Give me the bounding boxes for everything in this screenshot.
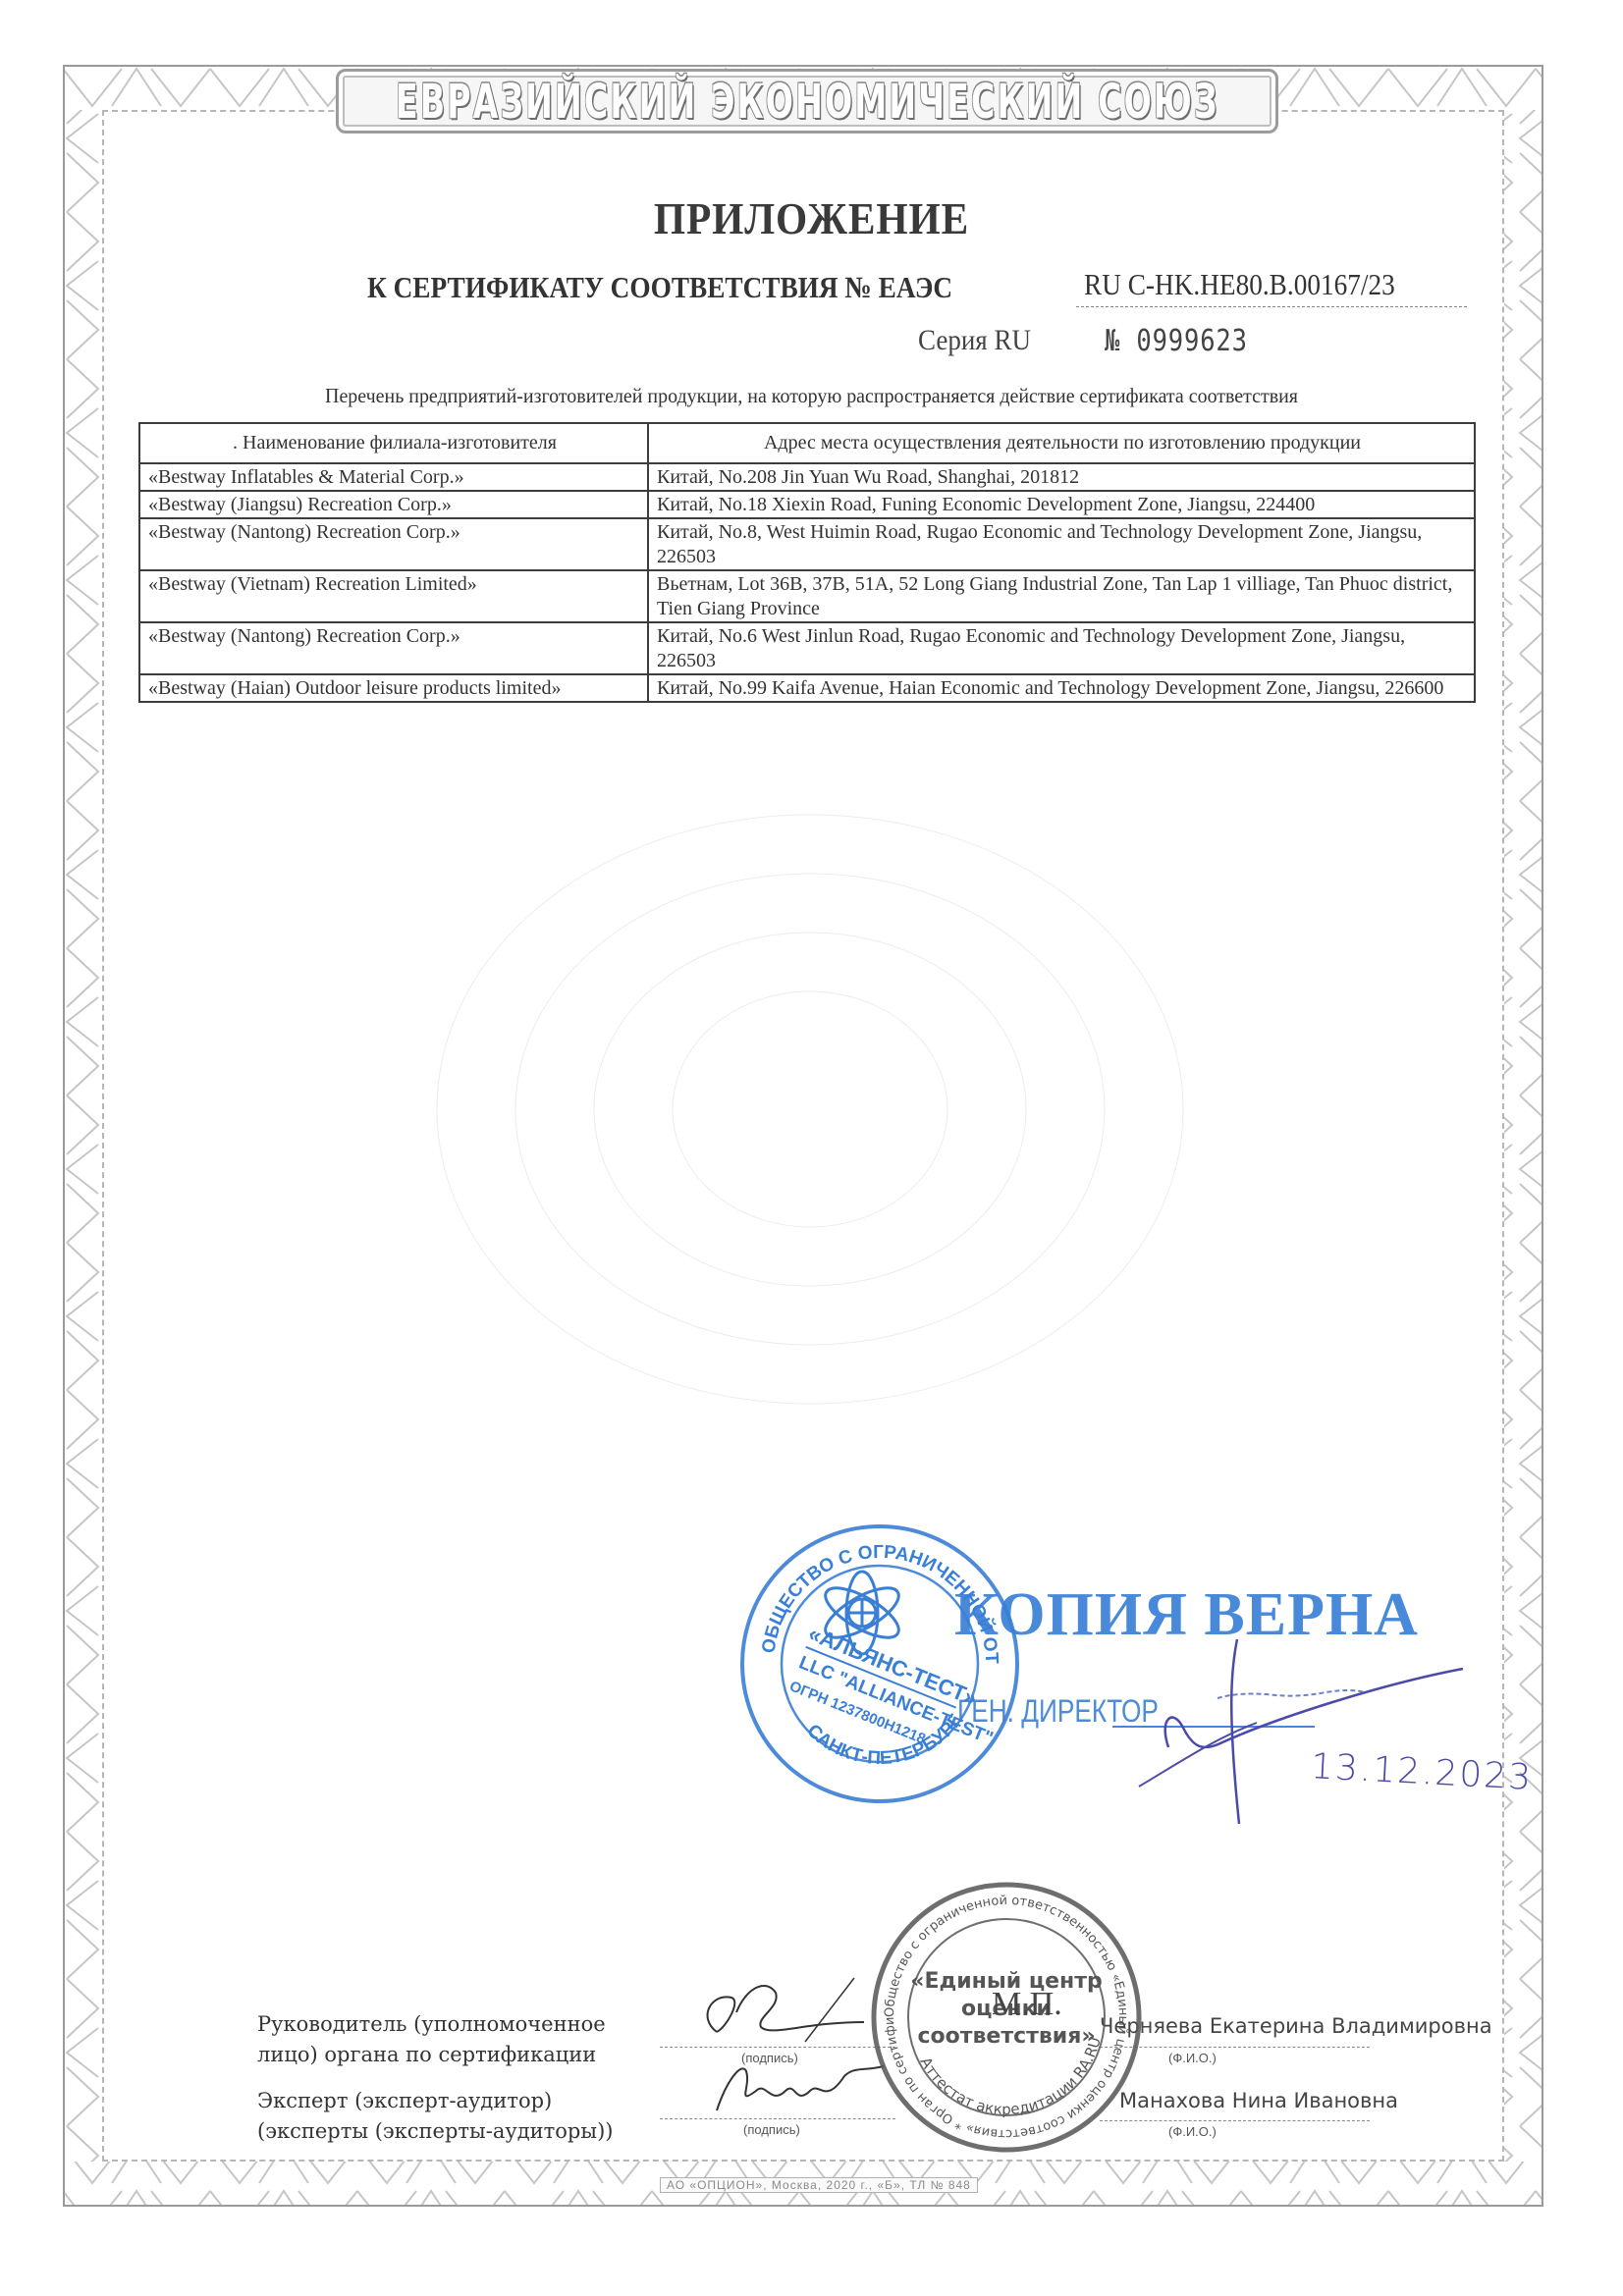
column-header-address: Адрес места осуществления деятельности п… xyxy=(648,423,1475,463)
expert-label-line1: Эксперт (эксперт-аудитор) xyxy=(257,2086,552,2116)
series-number: № 0999623 xyxy=(1105,324,1248,358)
head-label-line2: лицо) органа по сертификации xyxy=(257,2040,596,2070)
manufacturer-address: Китай, No.18 Xiexin Road, Funing Economi… xyxy=(648,491,1475,518)
head-name: Черняева Екатерина Владимировна xyxy=(1100,2014,1492,2038)
table-row: «Bestway Inflatables & Material Corp.» К… xyxy=(139,463,1475,491)
head-name-caption: (Ф.И.О.) xyxy=(1168,2051,1217,2065)
expert-name-caption: (Ф.И.О.) xyxy=(1168,2124,1217,2139)
manufacturer-name: «Bestway (Nantong) Recreation Corp.» xyxy=(139,518,648,570)
seal-place-label: М.П. xyxy=(992,1986,1062,2023)
document-title: ПРИЛОЖЕНИЕ xyxy=(81,192,1542,244)
alliance-test-stamp: ОБЩЕСТВО С ОГРАНИЧЕННОЙ ОТВЕТСТВЕННОСТЬЮ… xyxy=(732,1517,1027,1811)
manufacturer-name: «Bestway Inflatables & Material Corp.» xyxy=(139,463,648,491)
certificate-number-underline xyxy=(1076,306,1467,307)
manufacturer-name: «Bestway (Jiangsu) Recreation Corp.» xyxy=(139,491,648,518)
table-row: «Bestway (Jiangsu) Recreation Corp.» Кит… xyxy=(139,491,1475,518)
table-header-row: . Наименование филиала-изготовителя Адре… xyxy=(139,423,1475,463)
column-header-name: . Наименование филиала-изготовителя xyxy=(139,423,648,463)
certificate-label: К СЕРТИФИКАТУ СООТВЕТСТВИЯ № ЕАЭС xyxy=(367,270,952,305)
head-signature xyxy=(687,1973,884,2052)
series-label: Серия RU xyxy=(918,324,1031,357)
manufacturer-name: «Bestway (Haian) Outdoor leisure product… xyxy=(139,674,648,702)
manufacturer-name: «Bestway (Nantong) Recreation Corp.» xyxy=(139,622,648,674)
certificate-number: RU C-HK.HE80.B.00167/23 xyxy=(1084,267,1395,302)
eaeu-banner: ЕВРАЗИЙСКИЙ ЭКОНОМИЧЕСКИЙ СОЮЗ xyxy=(336,69,1278,133)
banner-text: ЕВРАЗИЙСКИЙ ЭКОНОМИЧЕСКИЙ СОЮЗ xyxy=(396,74,1219,130)
table-row: «Bestway (Nantong) Recreation Corp.» Кит… xyxy=(139,622,1475,674)
manufacturer-address: Китай, No.6 West Jinlun Road, Rugao Econ… xyxy=(648,622,1475,674)
manufacturer-address: Китай, No.8, West Huimin Road, Rugao Eco… xyxy=(648,518,1475,570)
manufacturer-address: Китай, No.99 Kaifa Avenue, Haian Economi… xyxy=(648,674,1475,702)
table-caption: Перечень предприятий-изготовителей проду… xyxy=(40,384,1582,408)
manufacturers-table: . Наименование филиала-изготовителя Адре… xyxy=(138,422,1476,703)
head-label-line1: Руководитель (уполномоченное xyxy=(257,2009,606,2040)
director-signature xyxy=(1129,1629,1483,1826)
table-row: «Bestway (Nantong) Recreation Corp.» Кит… xyxy=(139,518,1475,570)
manufacturer-name: «Bestway (Vietnam) Recreation Limited» xyxy=(139,570,648,622)
expert-name: Манахова Нина Ивановна xyxy=(1119,2089,1398,2112)
printer-imprint: АО «ОПЦИОН», Москва, 2020 г., «Б», ТЛ № … xyxy=(660,2177,978,2193)
manufacturer-address: Вьетнам, Lot 36B, 37B, 51A, 52 Long Gian… xyxy=(648,570,1475,622)
table-row: «Bestway (Vietnam) Recreation Limited» В… xyxy=(139,570,1475,622)
stamp-center-line3: соответствия» xyxy=(917,2024,1095,2049)
manufacturer-address: Китай, No.208 Jin Yuan Wu Road, Shanghai… xyxy=(648,463,1475,491)
expert-label-line2: (эксперты (эксперты-аудиторы)) xyxy=(257,2116,613,2147)
table-row: «Bestway (Haian) Outdoor leisure product… xyxy=(139,674,1475,702)
watermark-pattern xyxy=(295,766,1325,1453)
